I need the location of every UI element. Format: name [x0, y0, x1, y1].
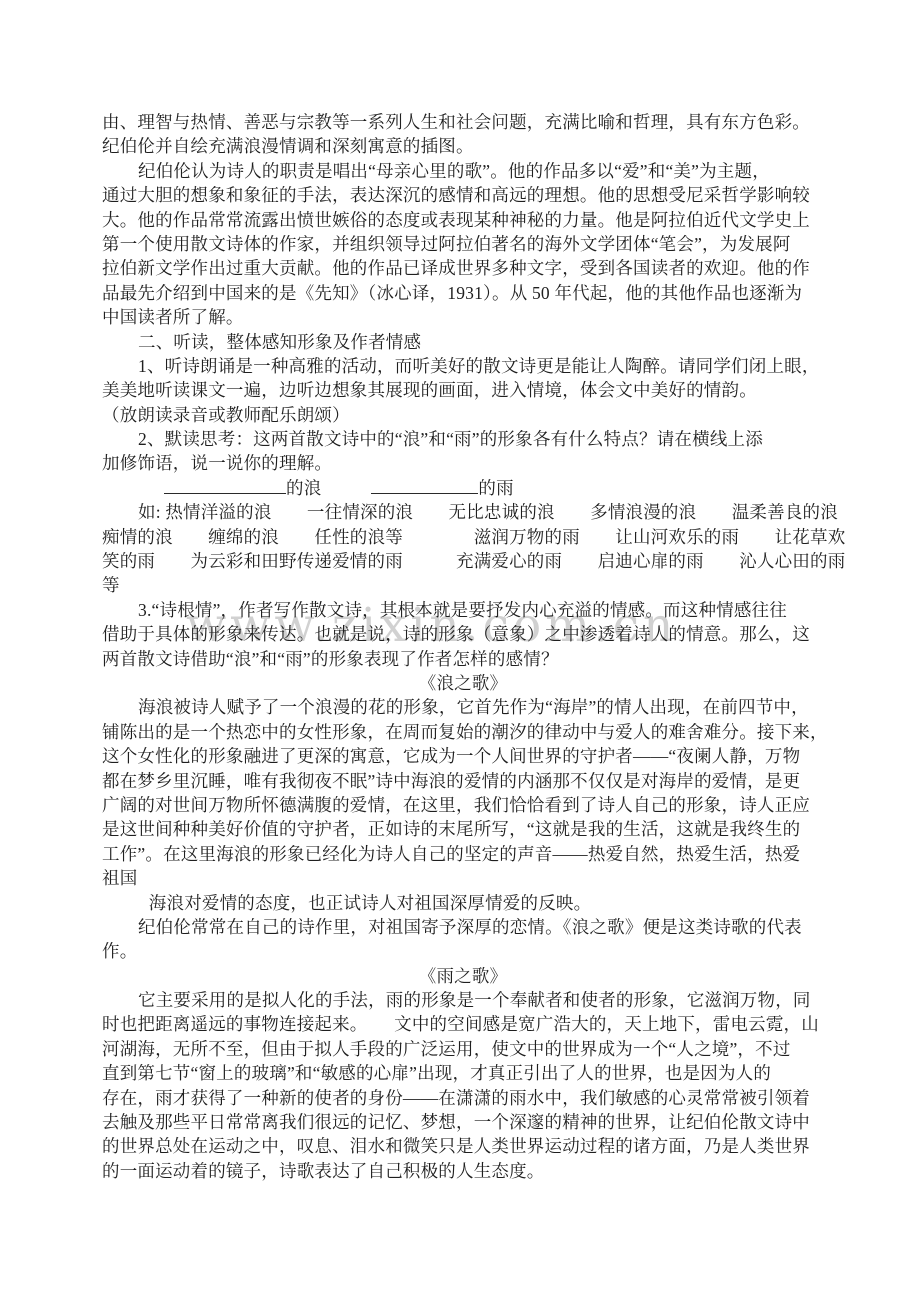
document-page: www.zixin.com.cn 由、理智与热情、善恶与宗教等一系列人生和社会问… — [0, 0, 920, 1302]
centered-title-line: 《雨之歌》 — [102, 964, 824, 988]
text-line: 拉伯新文学作出过重大贡献。他的作品已译成世界多种文字，受到各国读者的欢迎。他的作 — [102, 256, 824, 280]
text-line: 品最先介绍到中国来的是《先知》（冰心译，1931）。从 50 年代起，他的其他作… — [102, 281, 824, 305]
text-line: 工作”。在这里海浪的形象已经化为诗人自己的坚定的声音——热爱自然，热爱生活，热爱 — [102, 842, 824, 866]
text-line: 由、理智与热情、善恶与宗教等一系列人生和社会问题，充满比喻和哲理，具有东方色彩。 — [102, 110, 824, 134]
text-line: 祖国 — [102, 866, 824, 890]
text-line: 大。他的作品常常流露出愤世嫉俗的态度或表现某种神秘的力量。他是阿拉伯近代文学史上 — [102, 208, 824, 232]
text-line: （放朗读录音或教师配乐朗颂） — [102, 403, 824, 427]
text-line: 铺陈出的是一个热恋中的女性形象，在周而复始的潮汐的律动中与爱人的难舍难分。接下来… — [102, 720, 824, 744]
text-line: 借助于具体的形象来传达。也就是说，诗的形象（意象）之中渗透着诗人的情意。那么，这 — [102, 622, 824, 646]
text-line: 第一个使用散文诗体的作家，并组织领导过阿拉伯著名的海外文学团体“笔会”，为发展阿 — [102, 232, 824, 256]
text-line: 纪伯伦常常在自己的诗作里，对祖国寄予深厚的恋情。《浪之歌》便是这类诗歌的代表 — [102, 915, 824, 939]
text-line: 海浪被诗人赋予了一个浪漫的花的形象，它首先作为“海岸”的情人出现，在前四节中， — [102, 695, 824, 719]
text-line: 通过大胆的想象和象征的手法，表达深沉的感情和高远的理想。他的思想受尼采哲学影响较 — [102, 183, 824, 207]
text-line: 纪伯伦认为诗人的职责是唱出“母亲心里的歌”。他的作品多以“爱”和“美”为主题， — [102, 159, 824, 183]
centered-title-line: 《浪之歌》 — [102, 671, 824, 695]
text-line: 这个女性化的形象融进了更深的寓意，它成为一个人间世界的守护者——“夜阑人静，万物 — [102, 744, 824, 768]
text-line: 纪伯伦并自绘充满浪漫情调和深刻寓意的插图。 — [102, 134, 824, 158]
blank-underline — [164, 477, 286, 494]
text-line: 直到第七节“窗上的玻璃”和“敏感的心扉”出现，才真正引出了人的世界，也是因为人的 — [102, 1061, 824, 1085]
text-line: 广阔的对世间万物所怀德满腹的爱情，在这里，我们恰恰看到了诗人自己的形象，诗人正应 — [102, 793, 824, 817]
text-line: 二、听读，整体感知形象及作者情感 — [102, 330, 824, 354]
text-line: 2、默读思考：这两首散文诗中的“浪”和“雨”的形象各有什么特点？请在横线上添 — [102, 427, 824, 451]
fill-in-blanks-line: 的浪的雨 — [102, 476, 824, 500]
blank-underline — [371, 477, 478, 494]
text-line: 加修饰语，说一说你的理解。 — [102, 451, 824, 475]
blank2-label: 的雨 — [478, 478, 513, 498]
text-line: 两首散文诗借助“浪”和“雨”的形象表现了作者怎样的感情？ — [102, 647, 824, 671]
text-line: 3.“诗根情”，作者写作散文诗，其根本就是要抒发内心充溢的情感。而这种情感往往 — [102, 598, 824, 622]
text-line: 痴情的浪 缠绵的浪 任性的浪等 滋润万物的雨 让山河欢乐的雨 让花草欢 — [102, 525, 824, 549]
text-line: 河湖海，无所不至，但由于拟人手段的广泛运用，使文中的世界成为一个“人之境”，不过 — [102, 1037, 824, 1061]
text-line: 是这世间种种美好价值的守护者，正如诗的末尾所写，“这就是我的生活，这就是我终生的 — [102, 817, 824, 841]
text-line: 作。 — [102, 939, 824, 963]
blank1-label: 的浪 — [286, 478, 321, 498]
text-line: 海浪对爱情的态度，也正试诗人对祖国深厚情爱的反映。 — [102, 891, 824, 915]
text-line: 存在，雨才获得了一种新的使者的身份——在潇潇的雨水中，我们敏感的心灵常常被引领着 — [102, 1086, 824, 1110]
text-line: 1、听诗朗诵是一种高雅的活动，而听美好的散文诗更是能让人陶醉。请同学们闭上眼， — [102, 354, 824, 378]
text-line: 它主要采用的是拟人化的手法，雨的形象是一个奉献者和使者的形象，它滋润万物，同 — [102, 988, 824, 1012]
text-line: 笑的雨 为云彩和田野传递爱情的雨 充满爱心的雨 启迪心扉的雨 沁人心田的雨 — [102, 549, 824, 573]
text-line: 都在梦乡里沉睡，唯有我彻夜不眠”诗中海浪的爱情的内涵那不仅仅是对海岸的爱情，是更 — [102, 769, 824, 793]
text-line: 等 — [102, 573, 824, 597]
text-line: 如: 热情洋溢的浪 一往情深的浪 无比忠诚的浪 多情浪漫的浪 温柔善良的浪 — [102, 500, 824, 524]
text-line: 去触及那些平日常常离我们很远的记忆、梦想，一个深邃的精神的世界，让纪伯伦散文诗中 — [102, 1110, 824, 1134]
text-line: 的一面运动着的镜子，诗歌表达了自己积极的人生态度。 — [102, 1159, 824, 1183]
text-line: 中国读者所了解。 — [102, 305, 824, 329]
text-line: 的世界总处在运动之中，叹息、泪水和微笑只是人类世界运动过程的诸方面，乃是人类世界 — [102, 1134, 824, 1158]
document-body: 由、理智与热情、善恶与宗教等一系列人生和社会问题，充满比喻和哲理，具有东方色彩。… — [102, 110, 824, 1183]
text-line: 时也把距离遥远的事物连接起来。 文中的空间感是宽广浩大的，天上地下，雷电云霓，山 — [102, 1012, 824, 1036]
text-line: 美美地听读课文一遍，边听边想象其展现的画面，进入情境，体会文中美好的情韵。 — [102, 378, 824, 402]
